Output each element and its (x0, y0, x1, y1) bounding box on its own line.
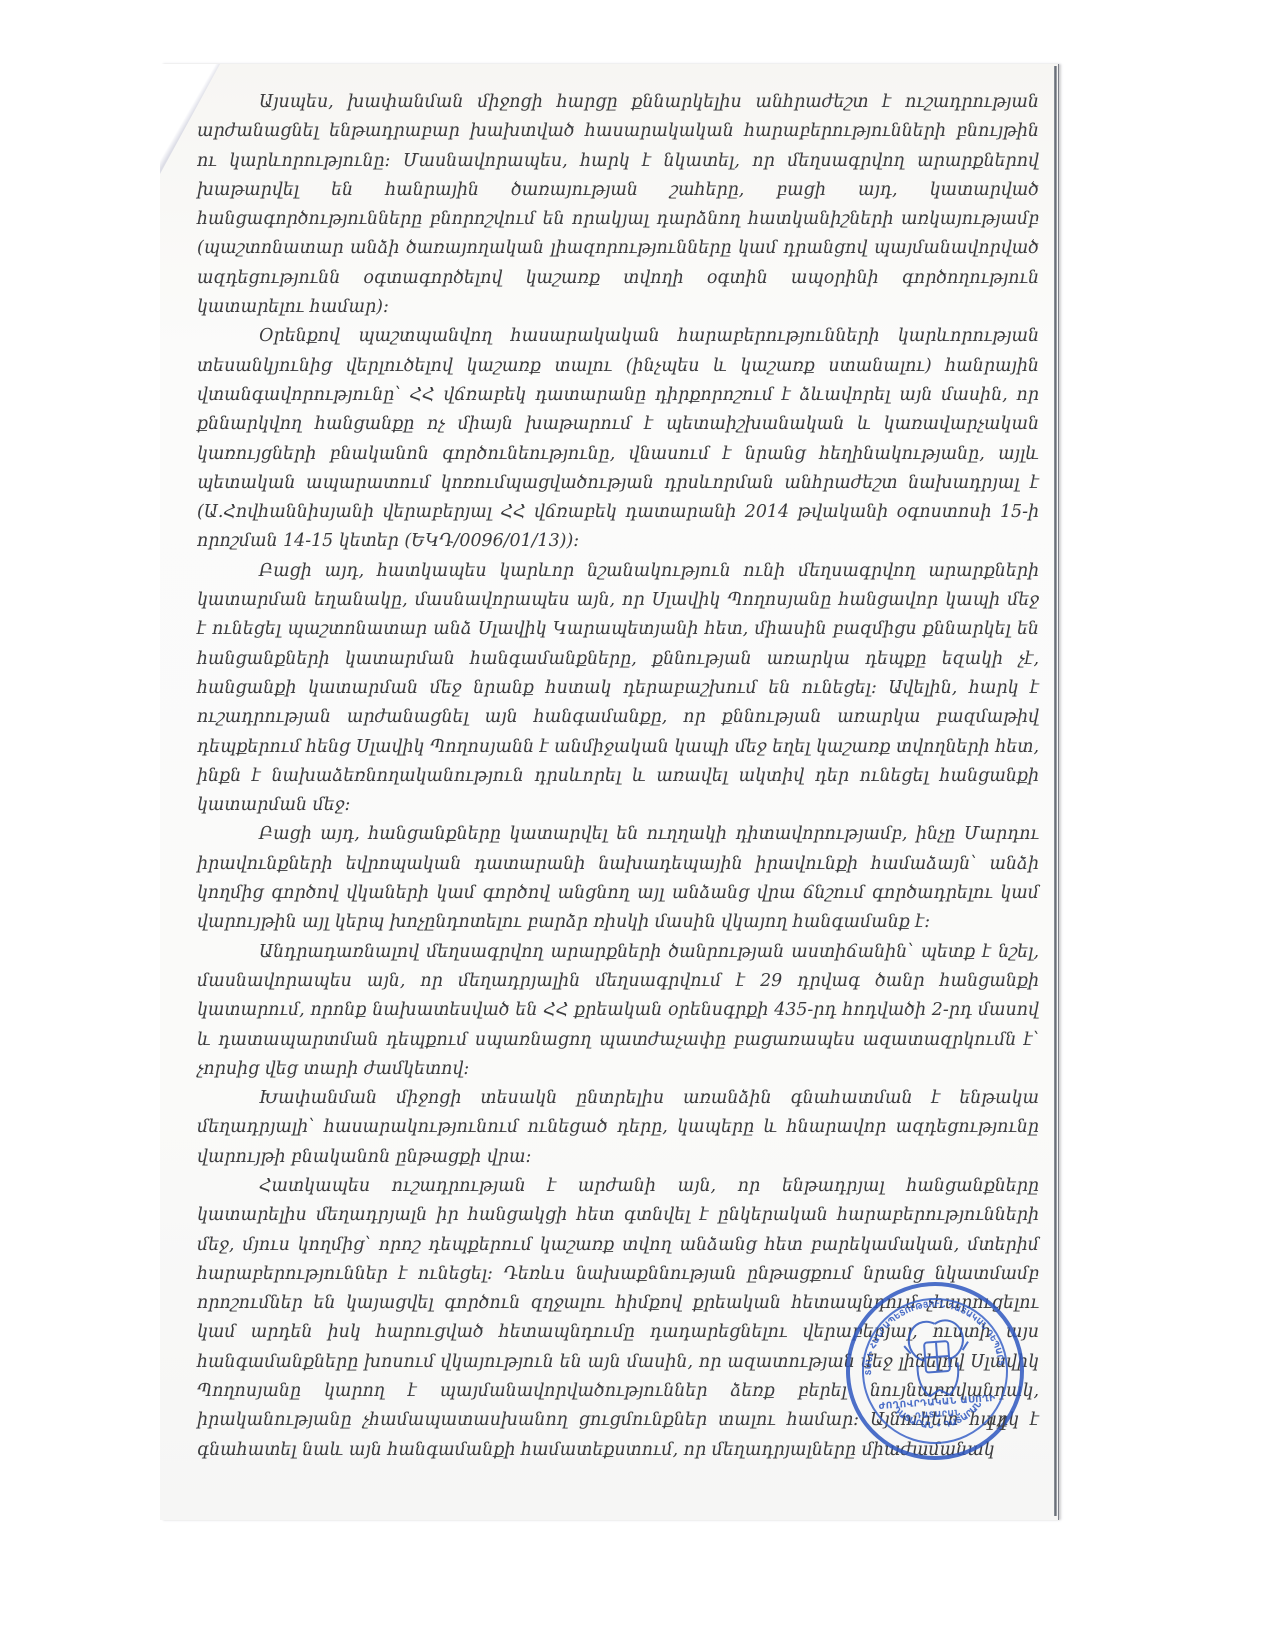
document-body: Այսպես, խափանման միջոցի հարցը քննարկելիս… (197, 88, 1039, 1465)
paragraph-5: Անդրադառնալով մեղսագրվող արարքների ծանրո… (197, 938, 1039, 1084)
paragraph-4: Բացի այդ, հանցանքները կատարվել են ուղղակ… (197, 820, 1039, 937)
page-number: 14 (985, 1414, 1008, 1435)
page-edge-shadow (1054, 66, 1057, 1516)
paragraph-3: Բացի այդ, հատկապես կարևոր նշանակություն … (197, 557, 1039, 821)
paragraph-6: Խափանման միջոցի տեսակն ընտրելիս առանձին … (197, 1084, 1039, 1172)
coat-of-arms-icon (894, 1311, 980, 1406)
official-seal: ՀԱՅԱՍՏԱՆԻ ՀԱՆՐԱՊԵՏՈՒԹՅՈՒՆ ԴԱՏԱԿԱՆ ԴԵՊԱՐՏ… (840, 1276, 1030, 1466)
paragraph-1: Այսպես, խափանման միջոցի հարցը քննարկելիս… (197, 88, 1039, 322)
paragraph-2: Օրենքով պաշտպանվող հասարակական հարաբերու… (197, 322, 1039, 556)
